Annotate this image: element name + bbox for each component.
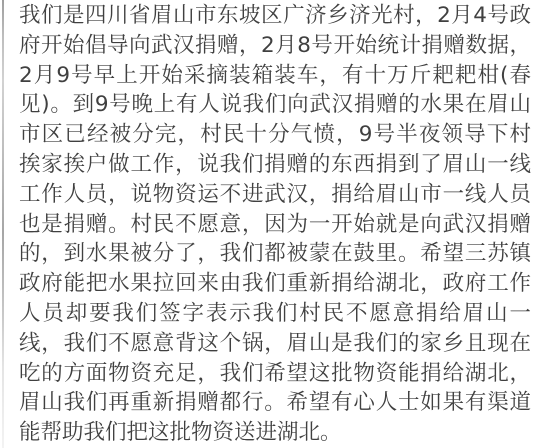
text-line-14: 眉山我们再重新捐赠都行。希望有心人士如果有渠道	[19, 388, 531, 418]
text-line-2: 府开始倡导向武汉捐赠，2月8号开始统计捐赠数据，	[19, 31, 531, 61]
text-line-13: 吃的方面物资充足，我们希望这批物资能捐给湖北，	[19, 359, 531, 389]
text-line-8: 也是捐赠。村民不愿意，因为一开始就是向武汉捐赠	[19, 210, 531, 240]
text-document: 我们是四川省眉山市东坡区广济乡济光村，2月4号政 府开始倡导向武汉捐赠，2月8号…	[0, 0, 540, 448]
text-line-11: 人员却要我们签字表示我们村民不愿意捐给眉山一	[19, 299, 531, 329]
text-line-15: 能帮助我们把这批物资送进湖北。	[19, 418, 531, 448]
text-line-9: 的，到水果被分了，我们都被蒙在鼓里。希望三苏镇	[19, 239, 531, 269]
text-line-4: 见)。到9号晚上有人说我们向武汉捐赠的水果在眉山	[19, 90, 531, 120]
text-line-5: 市区已经被分完，村民十分气愤，9号半夜领导下村	[19, 120, 531, 150]
text-line-3: 2月9号早上开始采摘装箱装车，有十万斤耙耙柑(春	[19, 61, 531, 91]
text-line-6: 挨家挨户做工作，说我们捐赠的东西捐到了眉山一线	[19, 150, 531, 180]
screenshot-root: 我们是四川省眉山市东坡区广济乡济光村，2月4号政 府开始倡导向武汉捐赠，2月8号…	[0, 0, 540, 448]
text-line-1: 我们是四川省眉山市东坡区广济乡济光村，2月4号政	[19, 1, 531, 31]
text-line-12: 线，我们不愿意背这个锅，眉山是我们的家乡且现在	[19, 329, 531, 359]
text-line-7: 工作人员，说物资运不进武汉，捐给眉山市一线人员	[19, 180, 531, 210]
text-line-10: 政府能把水果拉回来由我们重新捐给湖北，政府工作	[19, 269, 531, 299]
